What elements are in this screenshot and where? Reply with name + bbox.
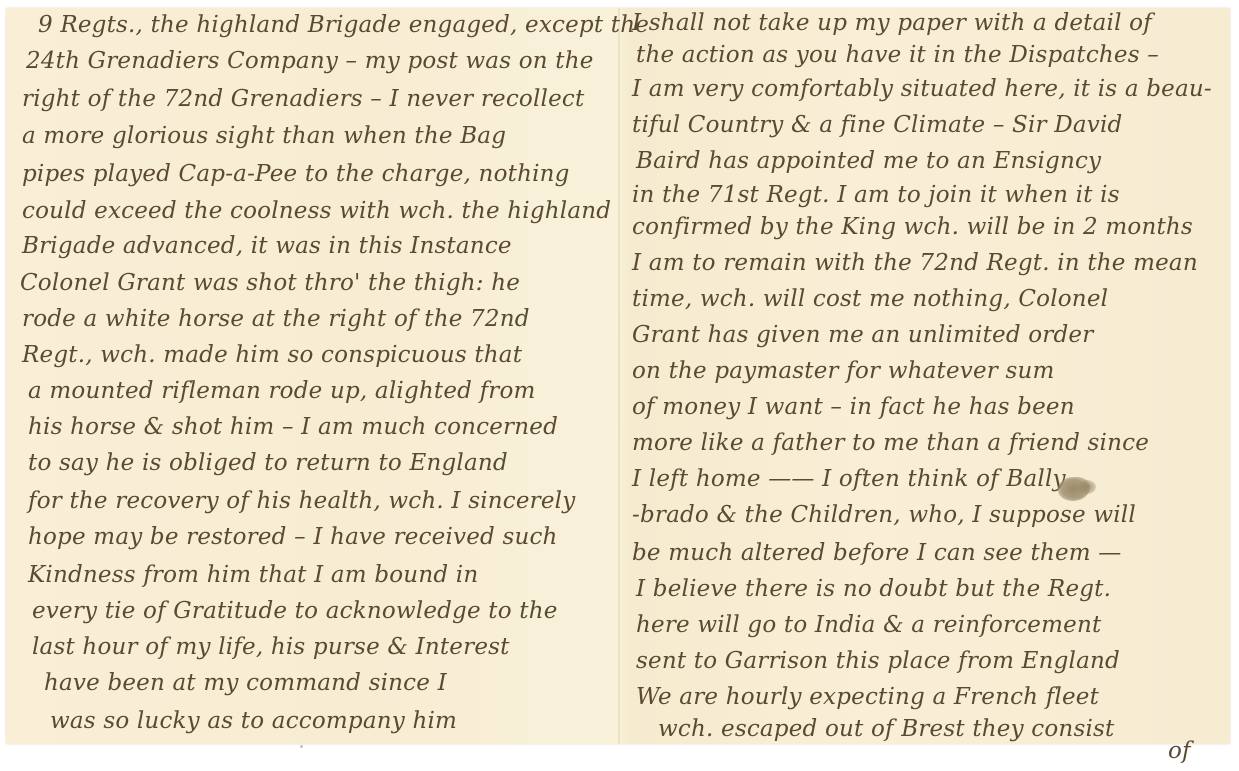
text-line: to say he is obliged to return to Englan… (28, 450, 508, 476)
text-line: -brado & the Children, who, I suppose wi… (632, 502, 1136, 528)
text-line: in the 71st Regt. I am to join it when i… (632, 182, 1120, 208)
ink-stain-secondary (1078, 480, 1096, 494)
text-line: sent to Garrison this place from England (636, 648, 1120, 674)
text-line: tiful Country & a fine Climate – Sir Dav… (632, 112, 1122, 138)
text-line: more like a father to me than a friend s… (632, 430, 1149, 456)
text-line: I believe there is no doubt but the Regt… (636, 576, 1111, 602)
text-line: 9 Regts., the highland Brigade engaged, … (38, 12, 649, 38)
text-line: Grant has given me an unlimited order (632, 322, 1093, 348)
text-line: time, wch. will cost me nothing, Colonel (632, 286, 1108, 312)
text-line: right of the 72nd Grenadiers – I never r… (22, 86, 584, 112)
text-line: Kindness from him that I am bound in (28, 562, 478, 588)
text-line: every tie of Gratitude to acknowledge to… (32, 598, 558, 624)
text-line: wch. escaped out of Brest they consist (658, 716, 1114, 742)
text-line: a mounted rifleman rode up, alighted fro… (28, 378, 536, 404)
text-line: I shall not take up my paper with a deta… (632, 10, 1152, 36)
text-line: rode a white horse at the right of the 7… (22, 306, 530, 332)
text-line: be much altered before I can see them — (632, 540, 1122, 566)
speck (300, 745, 303, 748)
text-line: We are hourly expecting a French fleet (636, 684, 1099, 710)
text-line: 24th Grenadiers Company – my post was on… (26, 48, 594, 74)
text-line: could exceed the coolness with wch. the … (22, 198, 611, 224)
text-line: have been at my command since I (44, 670, 447, 696)
text-line: here will go to India & a reinforcement (636, 612, 1101, 638)
text-line: the action as you have it in the Dispatc… (636, 42, 1159, 68)
text-line: I am very comfortably situated here, it … (632, 76, 1212, 102)
text-line: Regt., wch. made him so conspicuous that (22, 342, 522, 368)
text-line: of (1168, 738, 1191, 764)
text-line: on the paymaster for whatever sum (632, 358, 1055, 384)
text-line: Brigade advanced, it was in this Instanc… (22, 233, 512, 259)
text-line: pipes played Cap-a-Pee to the charge, no… (22, 161, 570, 187)
text-line: I am to remain with the 72nd Regt. in th… (632, 250, 1198, 276)
text-line: Baird has appointed me to an Ensigncy (636, 148, 1101, 174)
text-line: last hour of my life, his purse & Intere… (32, 634, 510, 660)
text-line: Colonel Grant was shot thro' the thigh: … (20, 270, 520, 296)
text-line: confirmed by the King wch. will be in 2 … (632, 214, 1193, 240)
text-line: hope may be restored – I have received s… (28, 524, 558, 550)
text-line: for the recovery of his health, wch. I s… (28, 488, 575, 514)
paper-fold-crease (618, 8, 620, 744)
text-line: his horse & shot him – I am much concern… (28, 414, 558, 440)
text-line: a more glorious sight than when the Bag (22, 123, 506, 149)
text-line: was so lucky as to accompany him (50, 708, 457, 734)
text-line: I left home —— I often think of Bally (632, 466, 1066, 492)
text-line: of money I want – in fact he has been (632, 394, 1075, 420)
